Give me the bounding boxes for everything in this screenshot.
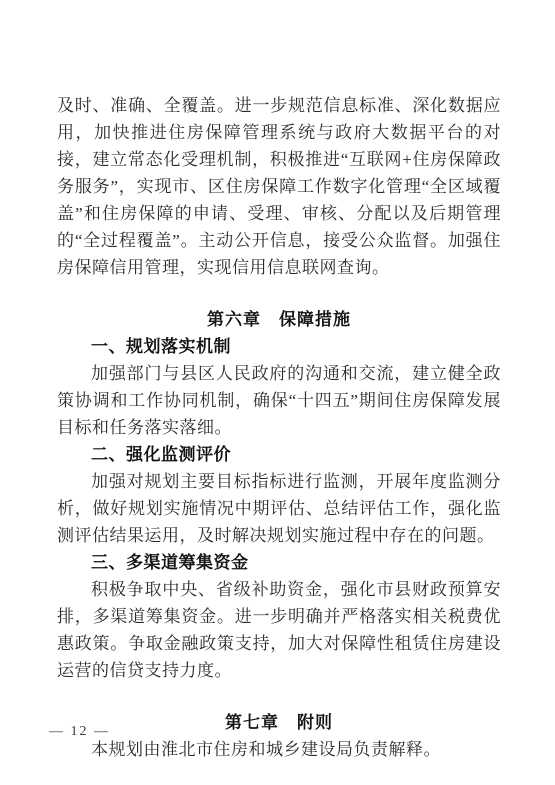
section1-heading: 一、规划落实机制 bbox=[57, 333, 501, 360]
chapter7-paragraph: 本规划由淮北市住房和城乡建设局负责解释。 bbox=[57, 736, 501, 763]
section3-paragraph: 积极争取中央、省级补助资金，强化市县财政预算安排，多渠道筹集资金。进一步明确并严… bbox=[57, 576, 501, 684]
continued-paragraph: 及时、准确、全覆盖。进一步规范信息标准、深化数据应用，加快推进住房保障管理系统与… bbox=[57, 92, 501, 281]
chapter7-title: 第七章 附则 bbox=[57, 709, 501, 736]
section2-paragraph: 加强对规划主要目标指标进行监测，开展年度监测分析，做好规划实施情况中期评估、总结… bbox=[57, 468, 501, 549]
document-content: 及时、准确、全覆盖。进一步规范信息标准、深化数据应用，加快推进住房保障管理系统与… bbox=[57, 92, 501, 763]
section2-heading: 二、强化监测评价 bbox=[57, 441, 501, 468]
page-number: — 12 — bbox=[49, 724, 110, 740]
section1-paragraph: 加强部门与县区人民政府的沟通和交流，建立健全政策协调和工作协同机制，确保“十四五… bbox=[57, 360, 501, 441]
section3-heading: 三、多渠道筹集资金 bbox=[57, 549, 501, 576]
document-page: 及时、准确、全覆盖。进一步规范信息标准、深化数据应用，加快推进住房保障管理系统与… bbox=[0, 0, 555, 785]
chapter6-title: 第六章 保障措施 bbox=[57, 306, 501, 333]
